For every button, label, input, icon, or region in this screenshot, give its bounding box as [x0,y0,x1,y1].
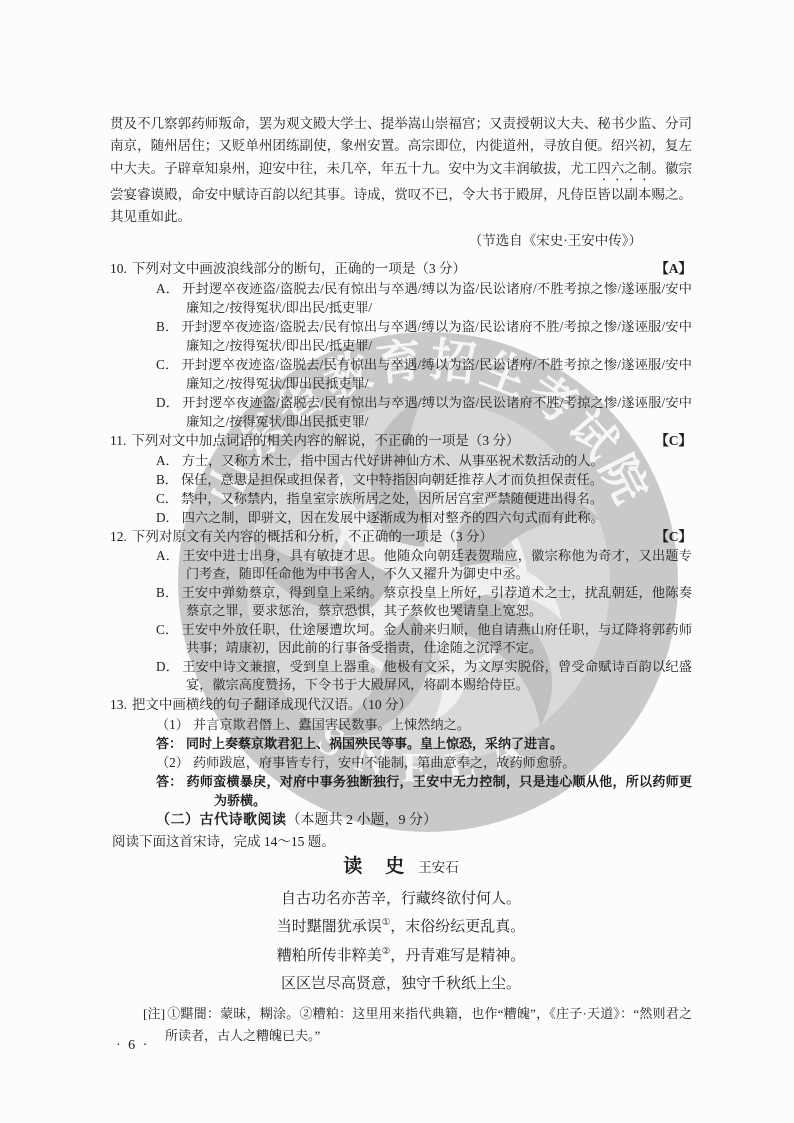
question-11-option-d: D．四六之制，即骈文，因在发展中逐渐成为相对整齐的四六句式而有此称。 [110,508,692,527]
option-text: 王安中进士出身，具有敏捷才思。他随众向朝廷表贺瑞应，徽宗称他为奇才，又出题专门考… [182,548,692,582]
option-label: C． [156,357,178,372]
question-12-stem: 【C】12.下列对原文有关内容的概括和分析，不正确的一项是（3 分） [110,527,692,547]
question-12-option-c: C．王安中外放任职，仕途屡遭坎坷。金人前来归顺，他自请燕山府任职，与辽降将郭药师… [110,621,692,658]
question-12-number: 12. [110,529,127,544]
poem-line-1: 自古功名亦苦辛，行藏终欲付何人。 [110,883,692,912]
item-text: 药师跋扈，府事皆专行，安中不能制，第曲意奉之，故药师愈骄。 [193,755,575,770]
question-10-option-d: D．开封逻卒夜迹盗/盗脱去/民有惊出与卒遇/缚以为盗/民讼诸府不胜/考掠之惨/遂… [110,393,692,431]
question-11-option-a: A．方士，又称方术士，指中国古代好讲神仙方术、从事巫祝术数活动的人。 [110,451,692,470]
option-text: 开封逻卒夜迹盗/盗脱去/民有惊出与卒遇/缚以为盗/民讼诸府不胜/考掠之惨/遂诬服… [182,395,692,429]
option-text: 四六之制，即骈文，因在发展中逐渐成为相对整齐的四六句式而有此称。 [182,510,604,525]
poem-line-3: 糟粕所传非粹美②，丹青难写是精神。 [110,940,692,969]
poem-line-text: 自古功名亦苦辛，行藏终欲付何人。 [281,891,521,907]
option-label: C． [156,491,178,506]
classical-passage: 贯及不几察郭药师叛命，罢为观文殿大学士、提举嵩山崇福宫；又责授朝议大夫、秘书少监… [110,113,692,229]
option-label: D． [156,510,179,525]
question-11-option-c: C．禁中，又称禁内，指皇室宗族所居之处，因所居宫室严禁随便进出得名。 [110,489,692,508]
option-text: 开封逻卒夜迹盗/盗脱去/民有惊出与卒遇/缚以为盗/民讼诸府不胜/考掠之惨/遂诬服… [181,319,692,353]
question-11: 【C】11.下列对文中加点词语的相关内容的解说，不正确的一项是（3 分） A．方… [110,431,692,527]
option-label: B． [156,472,178,487]
question-11-stem-text: 下列对文中加点词语的相关内容的解说，不正确的一项是（3 分） [131,433,519,448]
note-text: ①黮闇：蒙昧，糊涂。②糟粕：这里用来指代典籍，也作“糟魄”，《庄子·天道》：“然… [165,1006,692,1043]
question-10: 【A】10.下列对文中画波浪线部分的断句，正确的一项是（3 分） A．开封逻卒夜… [110,259,692,431]
section-heading-title: （二）古代诗歌阅读 [156,813,287,828]
question-10-number: 10. [110,261,127,276]
poem-line-text: 区区岂尽高贤意，独守千秋纸上尘。 [281,976,521,992]
question-12-option-d: D．王安中诗文兼擅，受到皇上器重。他极有文采，为文厚实脱俗，曾受命赋诗百韵以纪盛… [110,658,692,695]
poem-line-2: 当时黮闇犹承误①，末俗纷纭更乱真。 [110,911,692,940]
poem-line-text: ，丹青难写是精神。 [390,948,525,964]
question-10-stem: 【A】10.下列对文中画波浪线部分的断句，正确的一项是（3 分） [110,259,692,279]
question-13-number: 13. [110,697,127,712]
section-heading-detail: （本题共 2 小题，9 分） [287,813,438,828]
page-number: · 6 · [116,1038,149,1054]
option-text: 开封逻卒夜迹盗/盗脱去/民有惊出与卒遇/缚以为盗/民讼诸府/不胜考掠之惨/遂诬服… [181,357,692,391]
poem-author: 王安石 [418,860,459,875]
passage-source: （节选自《宋史·王安中传》） [110,229,692,253]
poem-line-text: 当时黮闇犹承误 [277,919,382,935]
question-12-answer-marker: 【C】 [655,527,692,547]
poem-title: 读 史王安石 [110,852,692,883]
answer-label: 答： [156,736,182,751]
question-11-option-b: B．保任，意思是担保或担保者，文中特指因向朝廷推荐人才而负担保责任。 [110,470,692,489]
question-13-answer-1: 答：同时上奏蔡京欺君犯上、祸国殃民等事。皇上惊恐，采纳了进言。 [110,734,692,753]
question-11-answer-marker: 【C】 [655,431,692,451]
option-text: 王安中外放任职，仕途屡遭坎坷。金人前来归顺，他自请燕山府任职，与辽降将郭药师共事… [182,622,693,656]
question-13-stem-text: 把文中画横线的句子翻译成现代汉语。（10 分） [132,697,412,712]
option-text: 方士，又称方术士，指中国古代好讲神仙方术、从事巫祝术数活动的人。 [182,453,604,468]
poem-line-4: 区区岂尽高贤意，独守千秋纸上尘。 [110,968,692,997]
answer-text: 药师蛮横暴戾，对府中事务独断独行，王安中无力控制，只是违心顺从他，所以药师更为骄… [187,774,692,808]
question-10-option-a: A．开封逻卒夜迹盗/盗脱去/民有惊出与卒遇/缚以为盗/民讼诸府/不胜考掠之惨/遂… [110,279,692,317]
option-text: 王安中诗文兼擅，受到皇上器重。他极有文采，为文厚实脱俗，曾受命赋诗百韵以纪盛宴，… [182,659,692,693]
item-text: 并言京欺君僭上、蠹国害民数事。上悚然纳之。 [193,717,470,732]
item-label: （2） [156,755,189,770]
option-label: C． [156,622,179,637]
question-11-number: 11. [110,433,126,448]
option-text: 王安中弹劾蔡京，得到皇上采纳。蔡京投皇上所好，引荐道术之士，扰乱朝廷，他陈奏蔡京… [182,585,693,619]
passage-dotted-term: 四六之制 [597,161,651,176]
option-text: 开封逻卒夜迹盗/盗脱去/民有惊出与卒遇/缚以为盗/民讼诸府/不胜考掠之惨/遂诬服… [182,281,692,315]
poem-line-text: ，末俗纷纭更乱真。 [390,919,525,935]
question-10-answer-marker: 【A】 [655,259,692,279]
option-text: 保任，意思是担保或担保者，文中特指因向朝廷推荐人才而负担保责任。 [181,472,603,487]
option-label: D． [156,395,179,410]
poem-note: [注]①黮闇：蒙昧，糊涂。②糟粕：这里用来指代典籍，也作“糟魄”，《庄子·天道》… [110,1003,692,1047]
option-text: 禁中，又称禁内，指皇室宗族所居之处，因所居宫室严禁随便进出得名。 [181,491,603,506]
answer-label: 答： [156,774,183,789]
question-12-option-a: A．王安中进士出身，具有敏捷才思。他随众向朝廷表贺瑞应，徽宗称他为奇才，又出题专… [110,547,692,584]
poem-line-text: 糟粕所传非粹美 [277,948,382,964]
note-label: [注] [143,1006,165,1021]
question-10-stem-text: 下列对文中画波浪线部分的断句，正确的一项是（3 分） [132,261,466,276]
question-13: 13.把文中画横线的句子翻译成现代汉语。（10 分） （1）并言京欺君僭上、蠹国… [110,695,692,810]
option-label: D． [156,659,179,674]
question-13-stem: 13.把文中画横线的句子翻译成现代汉语。（10 分） [110,695,692,715]
section-heading: （二）古代诗歌阅读（本题共 2 小题，9 分） [110,810,692,832]
option-label: B． [156,585,179,600]
option-label: A． [156,548,179,563]
option-label: B． [156,319,178,334]
question-10-option-c: C．开封逻卒夜迹盗/盗脱去/民有惊出与卒遇/缚以为盗/民讼诸府/不胜考掠之惨/遂… [110,355,692,393]
question-13-item-1: （1）并言京欺君僭上、蠹国害民数事。上悚然纳之。 [110,715,692,734]
poem-footnote-ref: ② [382,947,391,957]
question-12-option-b: B．王安中弹劾蔡京，得到皇上采纳。蔡京投皇上所好，引荐道术之士，扰乱朝廷，他陈奏… [110,584,692,621]
question-11-stem: 【C】11.下列对文中加点词语的相关内容的解说，不正确的一项是（3 分） [110,431,692,451]
answer-text: 同时上奏蔡京欺君犯上、祸国殃民等事。皇上惊恐，采纳了进言。 [186,736,563,751]
question-13-item-2: （2）药师跋扈，府事皆专行，安中不能制，第曲意奉之，故药师愈骄。 [110,753,692,772]
option-label: A． [156,453,179,468]
item-label: （1） [156,717,189,732]
section-intro: 阅读下面这首宋诗，完成 14～15 题。 [110,832,692,852]
question-12-stem-text: 下列对原文有关内容的概括和分析，不正确的一项是（3 分） [132,529,493,544]
question-12: 【C】12.下列对原文有关内容的概括和分析，不正确的一项是（3 分） A．王安中… [110,527,692,695]
option-label: A． [156,281,179,296]
question-10-option-b: B．开封逻卒夜迹盗/盗脱去/民有惊出与卒遇/缚以为盗/民讼诸府不胜/考掠之惨/遂… [110,317,692,355]
question-13-answer-2: 答：药师蛮横暴戾，对府中事务独断独行，王安中无力控制，只是违心顺从他，所以药师更… [110,772,692,810]
page-content: 贯及不几察郭药师叛命，罢为观文殿大学士、提举嵩山崇福宫；又责授朝议大夫、秘书少监… [110,113,692,1047]
poem-title-text: 读 史 [343,856,406,877]
poem-footnote-ref: ① [382,918,391,928]
exam-page: 山东省教育招生考试院 SNEEA 贯及不几察郭药师叛命，罢为观文殿大学士、提举嵩… [0,0,794,1123]
